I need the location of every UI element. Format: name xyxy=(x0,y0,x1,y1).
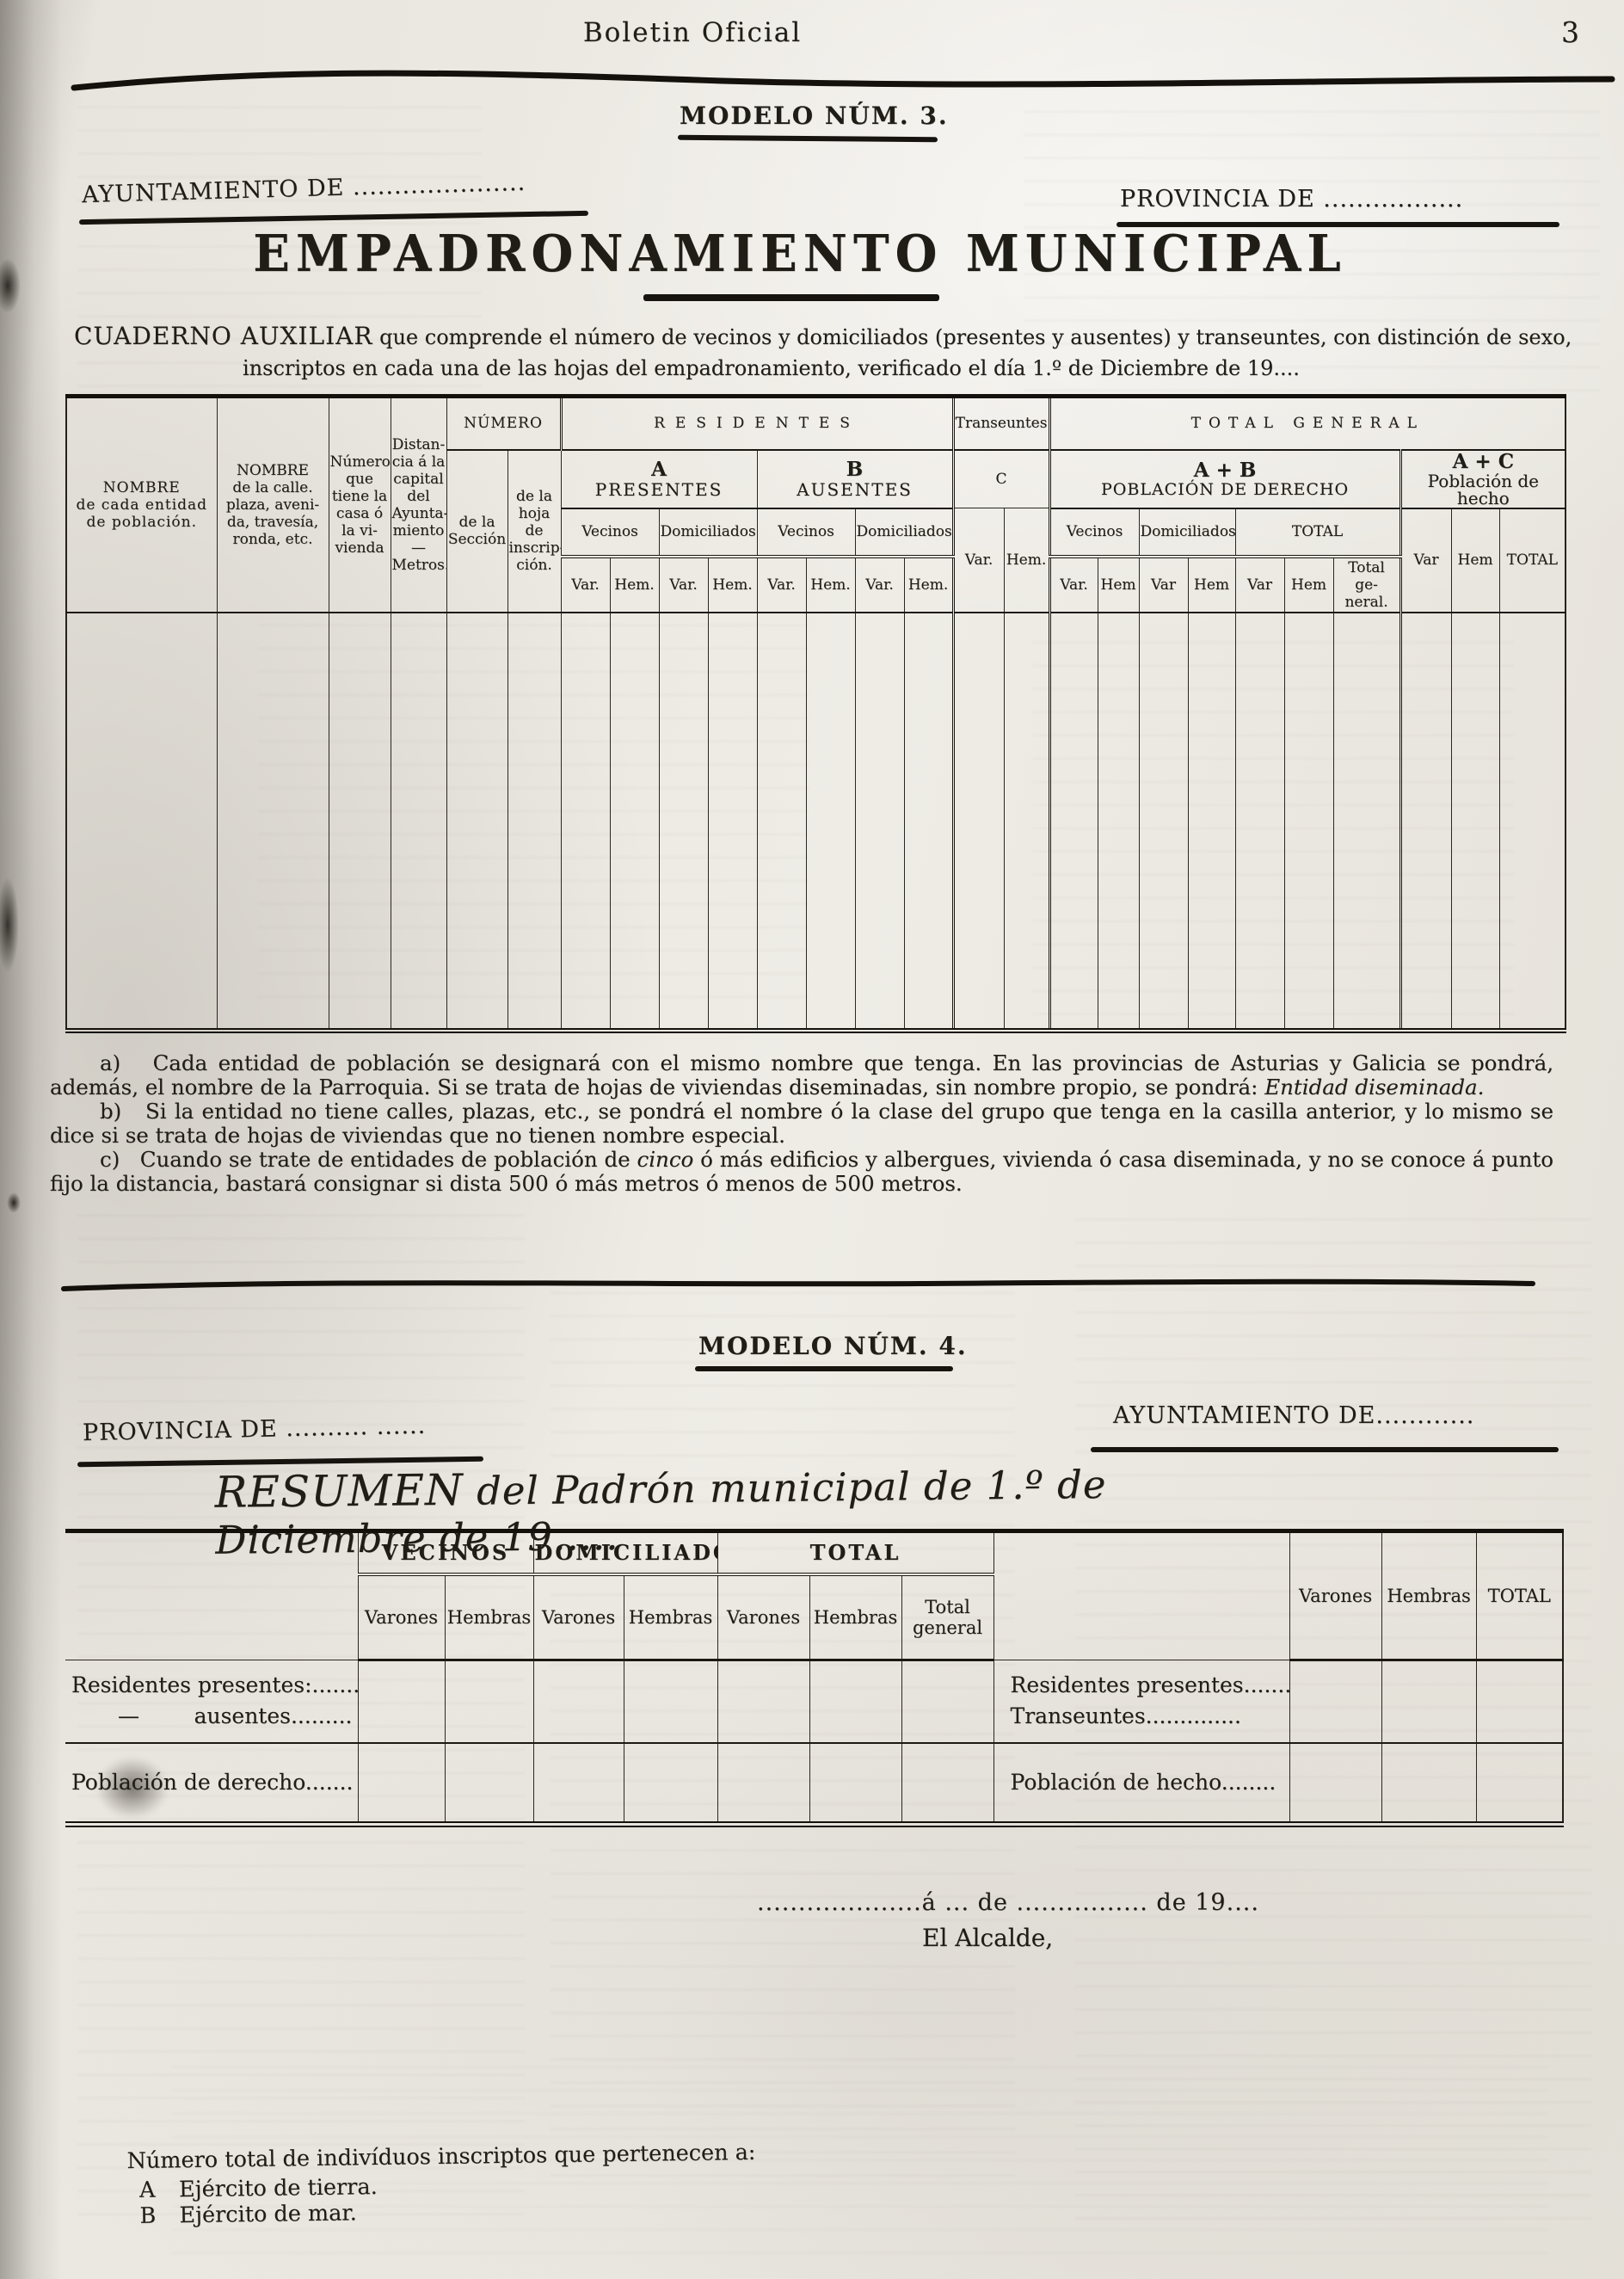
empty-cell xyxy=(1476,1660,1563,1743)
empty-cell xyxy=(717,1660,809,1743)
empty-cell xyxy=(901,1660,993,1743)
ayuntamiento-underline-2 xyxy=(1091,1447,1559,1452)
col-header-var: Var xyxy=(1139,557,1188,613)
col-header-hembras-right: Hembras xyxy=(1381,1531,1476,1660)
empty-cell xyxy=(1381,1743,1476,1825)
empty-cell xyxy=(507,613,561,1031)
group-header-poblacion-hecho: A + C Población de hecho xyxy=(1400,450,1566,508)
row-label-residentes-presentes-right: Residentes presentes....... xyxy=(995,1670,1289,1701)
col-header-hecho-total: TOTAL xyxy=(1499,508,1566,613)
col-header-var: Var. xyxy=(561,557,610,613)
empty-cell xyxy=(624,1660,717,1743)
empty-cell xyxy=(445,1743,533,1825)
empty-cell xyxy=(717,1743,809,1825)
col-header-hecho-hem: Hem xyxy=(1451,508,1499,613)
letter-a: A xyxy=(563,459,756,480)
col-header-hem: Hem xyxy=(1098,557,1139,613)
footer-note: Número total de indivíduos inscriptos qu… xyxy=(126,2140,756,2229)
col-header-total-general: Total ge- neral. xyxy=(1333,557,1400,613)
footer-note-text: Número total de indivíduos inscriptos qu… xyxy=(126,2140,755,2174)
empty-cell xyxy=(391,613,446,1031)
col-header-hem: Hem. xyxy=(610,557,659,613)
group-header-residentes: RESIDENTES xyxy=(561,397,953,450)
empty-cell xyxy=(1235,613,1284,1031)
empty-cell xyxy=(445,1660,533,1743)
ayuntamiento-field-2: AYUNTAMIENTO DE............ xyxy=(1113,1402,1474,1429)
sub-header-domiciliados-derecho: Domiciliados xyxy=(1139,508,1235,557)
label-a-plus-c: A + C xyxy=(1403,452,1565,472)
empty-cell xyxy=(904,613,953,1031)
col-header-var: Var. xyxy=(855,557,904,613)
col-header-hem: Hem. xyxy=(806,557,855,613)
empty-cell xyxy=(1333,613,1400,1031)
group-header-transeuntes: Transeuntes xyxy=(953,397,1049,450)
col-header-var: Var. xyxy=(659,557,708,613)
empty-cell xyxy=(533,1660,624,1743)
empty-cell xyxy=(809,1660,901,1743)
intro-paragraph-line2: inscriptos en cada una de las hojas del … xyxy=(243,356,1361,380)
modelo4-underline xyxy=(695,1366,953,1371)
ink-smudge xyxy=(7,1192,21,1213)
empty-cell xyxy=(1476,1743,1563,1825)
col-header-varones-right: Varones xyxy=(1289,1531,1381,1660)
empty-cell xyxy=(1289,1743,1381,1825)
col-header-seccion: de la Sección xyxy=(446,450,507,613)
row-label-poblacion-derecho-cell: Población de derecho....... xyxy=(65,1743,358,1825)
row-label-residentes-presentes: Residentes presentes:....... xyxy=(66,1670,357,1701)
empty-cell xyxy=(659,613,708,1031)
label-poblacion-hecho: Población de hecho xyxy=(1403,472,1565,507)
empty-cell xyxy=(901,1743,993,1825)
empty-cell xyxy=(757,613,806,1031)
sub-header-domiciliados-presentes: Domiciliados xyxy=(659,508,757,557)
empty-cell xyxy=(1098,613,1139,1031)
col-header-hem: Hem. xyxy=(904,557,953,613)
masthead-rule xyxy=(69,62,1617,91)
modelo3-heading: MODELO NÚM. 3. xyxy=(680,102,949,130)
summary-right-label-head xyxy=(993,1531,1289,1660)
label-presentes: PRESENTES xyxy=(563,480,756,499)
label-ausentes: AUSENTES xyxy=(759,480,951,499)
group-header-ausentes: B AUSENTES xyxy=(757,450,953,508)
sub-header-vecinos-ausentes: Vecinos xyxy=(757,508,855,557)
row-label-poblacion-hecho: Población de hecho........ xyxy=(995,1767,1289,1798)
group-header-total: TOTAL xyxy=(717,1531,993,1574)
empty-cell xyxy=(806,613,855,1031)
sub-header-domiciliados-ausentes: Domiciliados xyxy=(855,508,953,557)
ink-smudge xyxy=(0,878,19,972)
empty-cell xyxy=(708,613,757,1031)
provincia-field: PROVINCIA DE ................. xyxy=(1120,186,1463,213)
col-header-var: Var. xyxy=(1049,557,1098,613)
group-header-vecinos: VECINOS xyxy=(358,1531,533,1574)
group-header-total-general: TOTAL GENERAL xyxy=(1049,397,1566,450)
masthead-title: Boletin Oficial xyxy=(0,17,1385,48)
col-header-numero-casa: Número que tiene la casa ó la vi- vienda xyxy=(329,397,391,613)
footnote-a: a) Cada entidad de población se designar… xyxy=(50,1051,1553,1099)
col-header-hem: Hem xyxy=(1188,557,1235,613)
sub-header-total-derecho: TOTAL xyxy=(1235,508,1400,557)
empty-cell xyxy=(610,613,659,1031)
empty-cell xyxy=(1451,613,1499,1031)
title-underline xyxy=(643,294,939,301)
col-header-distancia: Distan- cia á la capital del Ayunta- mie… xyxy=(391,397,446,613)
col-header-varones: Varones xyxy=(717,1574,809,1660)
group-header-numero: NÚMERO xyxy=(446,397,561,450)
footnote-c: c) Cuando se trate de entidades de pobla… xyxy=(50,1148,1553,1196)
empty-cell xyxy=(1049,613,1098,1031)
col-header-hecho-var: Var xyxy=(1400,508,1451,613)
empty-cell xyxy=(1381,1660,1476,1743)
row-labels-residentes: Residentes presentes:....... — ausentes.… xyxy=(65,1660,358,1743)
col-header-varones: Varones xyxy=(533,1574,624,1660)
summary-table: VECINOS DOMICILIADOS TOTAL Varones Hembr… xyxy=(65,1529,1564,1827)
row-label-poblacion-derecho: Población de derecho....... xyxy=(66,1767,357,1798)
col-header-var: Var xyxy=(1235,557,1284,613)
row-label-poblacion-hecho-cell: Población de hecho........ xyxy=(993,1743,1289,1825)
modelo4-heading: MODELO NÚM. 4. xyxy=(698,1332,968,1360)
empty-cell xyxy=(1499,613,1566,1031)
col-header-hem: Hem. xyxy=(708,557,757,613)
empty-cell xyxy=(533,1743,624,1825)
signature-signer: El Alcalde, xyxy=(922,1924,1053,1952)
row-label-residentes-ausentes: — ausentes......... xyxy=(66,1701,357,1732)
empty-cell xyxy=(809,1743,901,1825)
ayuntamiento-field: AYUNTAMIENTO DE ..................... xyxy=(82,169,526,208)
row-label-transeuntes: Transeuntes.............. xyxy=(995,1701,1289,1732)
census-table: NOMBRE de cada entidad de población. NOM… xyxy=(65,394,1566,1033)
col-header-hembras: Hembras xyxy=(445,1574,533,1660)
empty-cell xyxy=(66,613,217,1031)
col-header-total-right: TOTAL xyxy=(1476,1531,1563,1660)
col-header-hoja: de la hoja de inscrip- ción. xyxy=(507,450,561,613)
empty-cell xyxy=(446,613,507,1031)
provincia-field-2: PROVINCIA DE .......... ...... xyxy=(83,1413,427,1446)
col-header-varones: Varones xyxy=(358,1574,445,1660)
empty-cell xyxy=(1289,1660,1381,1743)
empty-cell xyxy=(1004,613,1049,1031)
modelo3-underline xyxy=(678,135,938,143)
col-header-hem: Hem xyxy=(1284,557,1333,613)
empty-cell xyxy=(624,1743,717,1825)
label-poblacion-derecho: POBLACIÓN DE DERECHO xyxy=(1052,481,1399,498)
summary-left-label-head xyxy=(65,1531,358,1660)
col-header-nombre-calle: NOMBRE de la calle. plaza, aveni- da, tr… xyxy=(217,397,329,613)
signature-date-line: ....................á ... de ...........… xyxy=(757,1889,1259,1916)
ayuntamiento-underline xyxy=(79,211,588,225)
empty-cell xyxy=(329,613,391,1031)
footnotes: a) Cada entidad de población se designar… xyxy=(50,1051,1553,1196)
footnote-a-emphasis: Entidad diseminada. xyxy=(1264,1075,1484,1099)
row-labels-residentes-right: Residentes presentes....... Transeuntes.… xyxy=(993,1660,1289,1743)
label-a-plus-b: A + B xyxy=(1052,460,1399,481)
empty-cell xyxy=(1188,613,1235,1031)
form-title: EMPADRONAMIENTO MUNICIPAL xyxy=(215,224,1385,283)
group-header-poblacion-derecho: A + B POBLACIÓN DE DERECHO xyxy=(1049,450,1400,508)
empty-cell xyxy=(1400,613,1451,1031)
sub-header-vecinos-derecho: Vecinos xyxy=(1049,508,1139,557)
empty-cell xyxy=(217,613,329,1031)
letter-b: B xyxy=(759,459,951,480)
scanned-page: Boletin Oficial 3 MODELO NÚM. 3. AYUNTAM… xyxy=(0,0,1624,2279)
footnote-c-emphasis: cinco xyxy=(637,1147,693,1172)
col-header-var: Var. xyxy=(757,557,806,613)
section-divider-rule xyxy=(60,1275,1540,1297)
ink-smudge xyxy=(0,258,21,313)
sub-header-vecinos-presentes: Vecinos xyxy=(561,508,659,557)
col-header-hembras: Hembras xyxy=(809,1574,901,1660)
empty-cell xyxy=(358,1743,445,1825)
empty-cell xyxy=(358,1660,445,1743)
empty-cell xyxy=(1284,613,1333,1031)
col-header-transeuntes-var: Var. xyxy=(953,508,1004,613)
letter-c: C xyxy=(953,450,1049,508)
empty-cell xyxy=(561,613,610,1031)
page-number: 3 xyxy=(1561,15,1579,49)
empty-cell xyxy=(953,613,1004,1031)
col-header-hembras: Hembras xyxy=(624,1574,717,1660)
col-header-total-general: Total general xyxy=(901,1574,993,1660)
group-header-domiciliados: DOMICILIADOS xyxy=(533,1531,717,1574)
intro-paragraph-line1: CUADERNO AUXILIAR que comprende el númer… xyxy=(74,322,1579,350)
col-header-nombre-entidad: NOMBRE de cada entidad de población. xyxy=(66,397,217,613)
col-header-transeuntes-hem: Hem. xyxy=(1004,508,1049,613)
group-header-presentes: A PRESENTES xyxy=(561,450,757,508)
footnote-b: b) Si la entidad no tiene calles, plazas… xyxy=(50,1099,1553,1148)
empty-cell xyxy=(855,613,904,1031)
empty-cell xyxy=(1139,613,1188,1031)
